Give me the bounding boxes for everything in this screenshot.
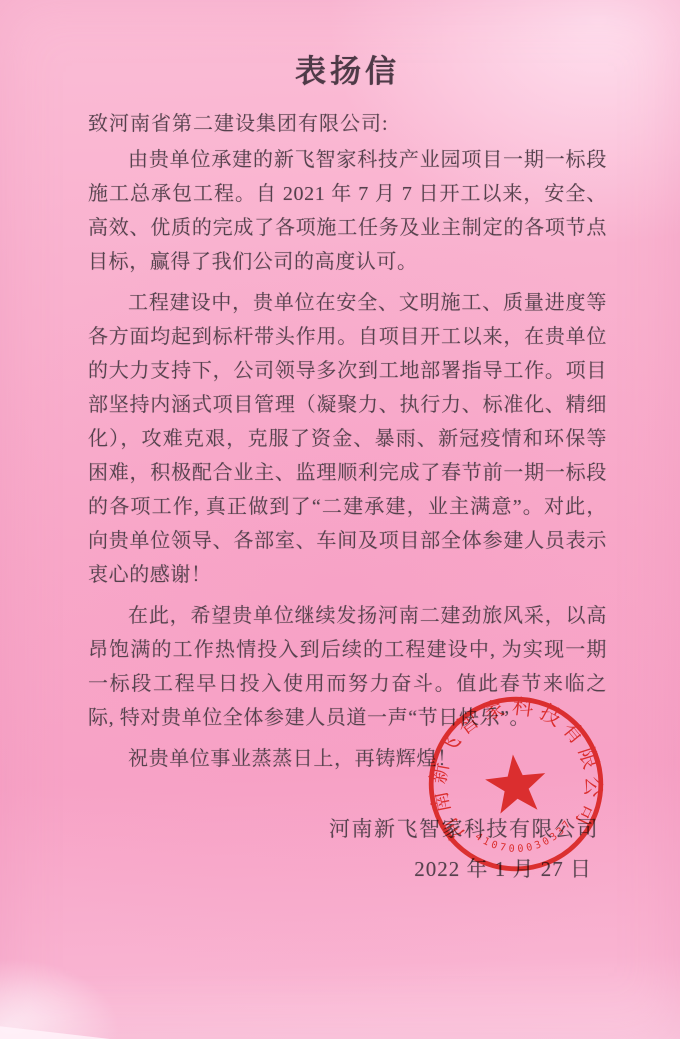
company-signature: 河南新飞智家科技有限公司 bbox=[88, 813, 607, 843]
letter-paragraph: 由贵单位承建的新飞智家科技产业园项目一期一标段施工总承包工程。自 2021 年 … bbox=[88, 143, 607, 279]
letter-title: 表扬信 bbox=[88, 46, 607, 91]
letter-paragraph: 在此，希望贵单位继续发扬河南二建劲旅风采，以高昂饱满的工作热情投入到后续的工程建… bbox=[88, 599, 607, 735]
letter-closing-wish: 祝贵单位事业蒸蒸日上，再铸辉煌！ bbox=[88, 742, 607, 776]
letter-salutation: 致河南省第二建设集团有限公司: bbox=[88, 107, 607, 136]
signature-block: 河南新飞智家科技有限公司 2022 年 1 月 27 日 bbox=[88, 813, 607, 883]
paper-corner-highlight bbox=[0, 1023, 110, 1039]
letter-paragraph: 工程建设中，贵单位在安全、文明施工、质量进度等各方面均起到标杆带头作用。自项目开… bbox=[88, 286, 607, 592]
letter-date: 2022 年 1 月 27 日 bbox=[88, 853, 607, 883]
commendation-letter-photo: 表扬信 致河南省第二建设集团有限公司: 由贵单位承建的新飞智家科技产业园项目一期… bbox=[0, 0, 680, 1039]
letter-content: 表扬信 致河南省第二建设集团有限公司: 由贵单位承建的新飞智家科技产业园项目一期… bbox=[88, 46, 607, 883]
